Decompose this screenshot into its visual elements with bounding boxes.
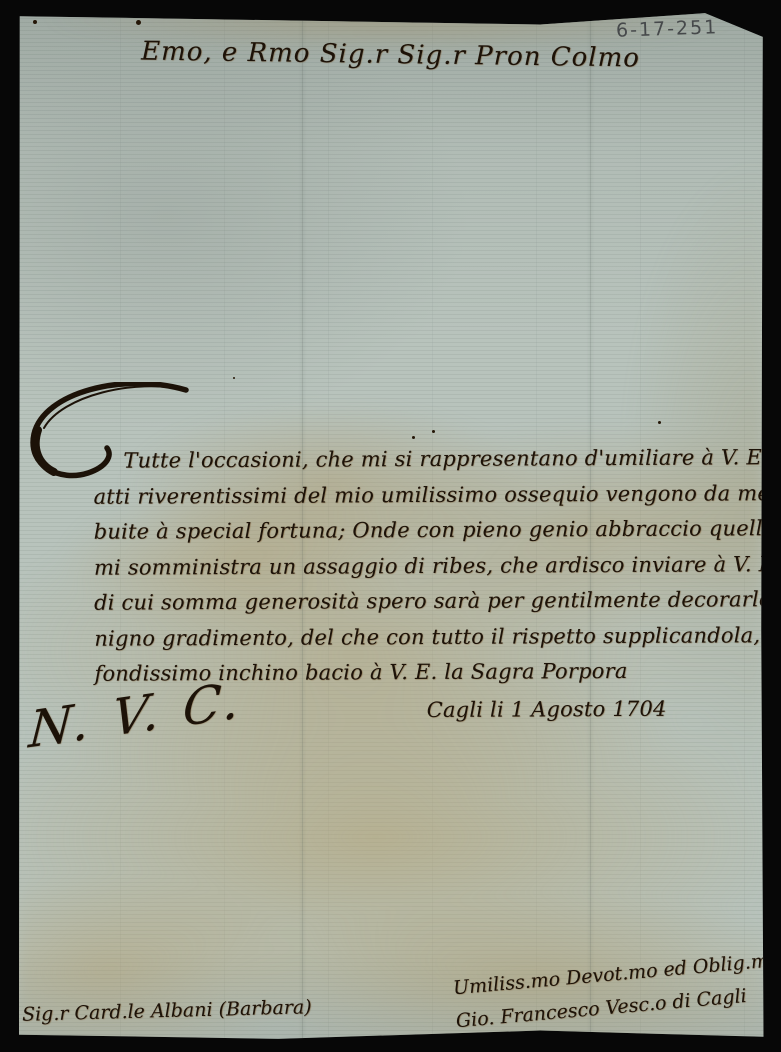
body-line: nigno gradimento, del che con tutto il r… — [94, 618, 758, 657]
ink-speck — [432, 430, 435, 433]
ink-speck — [136, 20, 141, 25]
body-line: Tutte l'occasioni, che mi si rappresenta… — [93, 440, 757, 479]
body-line: di cui somma generosità spero sarà per g… — [94, 582, 758, 621]
body-line: buite à special fortuna; Onde con pieno … — [94, 511, 758, 550]
signature-block: Umiliss.mo Devot.mo ed Oblig.mo Ser.e Gi… — [452, 944, 765, 1039]
archive-number: 6-17-251 — [616, 16, 719, 42]
ink-speck — [658, 421, 661, 424]
ink-speck — [233, 377, 235, 379]
salutation-line: Emo, e Rmo Sig.r Sig.r Pron Colmo — [16, 35, 765, 75]
body-line: atti riverentissimi del mio umilissimo o… — [93, 476, 757, 515]
ink-speck — [33, 20, 37, 24]
scan-background: Emo, e Rmo Sig.r Sig.r Pron Colmo 6-17-2… — [0, 0, 781, 1052]
letter-paper: Emo, e Rmo Sig.r Sig.r Pron Colmo 6-17-2… — [16, 10, 765, 1044]
ink-speck — [412, 436, 415, 439]
dateline: Cagli li 1 Agosto 1704 — [427, 691, 759, 728]
body-line: mi somministra un assaggio di ribes, che… — [94, 547, 758, 586]
addressee-line: Sig.r Card.le Albani (Barbara) — [22, 996, 312, 1026]
